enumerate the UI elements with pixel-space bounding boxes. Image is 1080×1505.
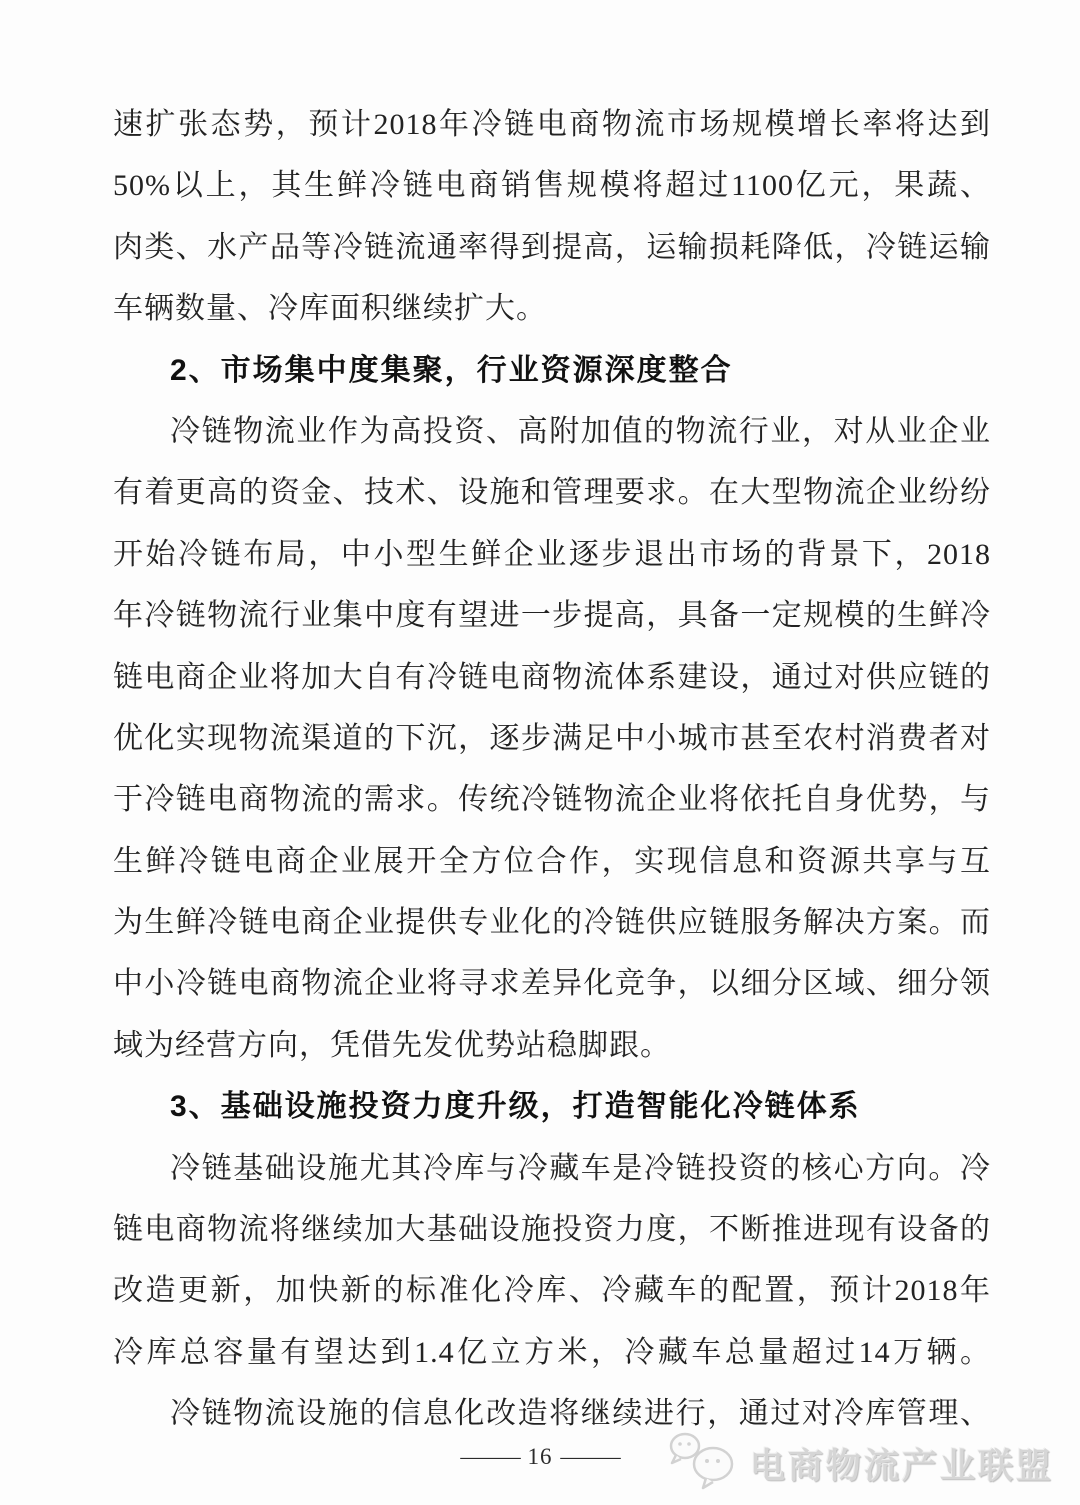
- text-line: 链电商企业将加大自有冷链电商物流体系建设，通过对供应链的: [113, 647, 991, 708]
- text-line: 优化实现物流渠道的下沉，逐步满足中小城市甚至农村消费者对: [113, 708, 991, 769]
- text-line: 冷链物流业作为高投资、高附加值的物流行业，对从业企业: [113, 401, 991, 462]
- page-number: 16: [528, 1444, 553, 1470]
- text-line: 开始冷链布局，中小型生鲜企业逐步退出市场的背景下，2018: [113, 524, 991, 585]
- section-heading: 3、基础设施投资力度升级，打造智能化冷链体系: [113, 1076, 991, 1137]
- text-line: 冷库总容量有望达到1.4亿立方米，冷藏车总量超过14万辆。: [113, 1322, 991, 1383]
- text-line: 于冷链电商物流的需求。传统冷链物流企业将依托自身优势，与: [113, 769, 991, 830]
- text-line: 生鲜冷链电商企业展开全方位合作，实现信息和资源共享与互联，: [113, 831, 991, 892]
- watermark: 电商物流产业联盟: [668, 1430, 1054, 1497]
- text-line: 改造更新，加快新的标准化冷库、冷藏车的配置，预计2018年: [113, 1260, 991, 1321]
- wechat-logo-icon: [668, 1430, 742, 1497]
- text-line: 中小冷链电商物流企业将寻求差异化竞争，以细分区域、细分领: [113, 953, 991, 1014]
- watermark-label: 电商物流产业联盟: [750, 1439, 1054, 1489]
- text-line: 链电商物流将继续加大基础设施投资力度，不断推进现有设备的: [113, 1199, 991, 1260]
- text-line: 50%以上，其生鲜冷链电商销售规模将超过1100亿元，果蔬、: [113, 155, 991, 216]
- text-line: 冷链基础设施尤其冷库与冷藏车是冷链投资的核心方向。冷: [113, 1138, 991, 1199]
- text-line: 肉类、水产品等冷链流通率得到提高，运输损耗降低，冷链运输: [113, 217, 991, 278]
- text-line: 为生鲜冷链电商企业提供专业化的冷链供应链服务解决方案。而: [113, 892, 991, 953]
- text-line: 有着更高的资金、技术、设施和管理要求。在大型物流企业纷纷: [113, 462, 991, 523]
- section-heading: 2、市场集中度集聚，行业资源深度整合: [113, 340, 991, 401]
- document-page: 速扩张态势，预计2018年冷链电商物流市场规模增长率将达到 50%以上，其生鲜冷…: [0, 0, 1080, 1505]
- document-body: 速扩张态势，预计2018年冷链电商物流市场规模增长率将达到 50%以上，其生鲜冷…: [113, 94, 991, 1445]
- text-line: 车辆数量、冷库面积继续扩大。: [113, 278, 991, 339]
- footer-left-dash: —: [460, 1444, 520, 1470]
- text-line: 域为经营方向，凭借先发优势站稳脚跟。: [113, 1015, 991, 1076]
- text-line: 年冷链物流行业集中度有望进一步提高，具备一定规模的生鲜冷: [113, 585, 991, 646]
- text-line: 速扩张态势，预计2018年冷链电商物流市场规模增长率将达到: [113, 94, 991, 155]
- footer-right-dash: —: [560, 1444, 620, 1470]
